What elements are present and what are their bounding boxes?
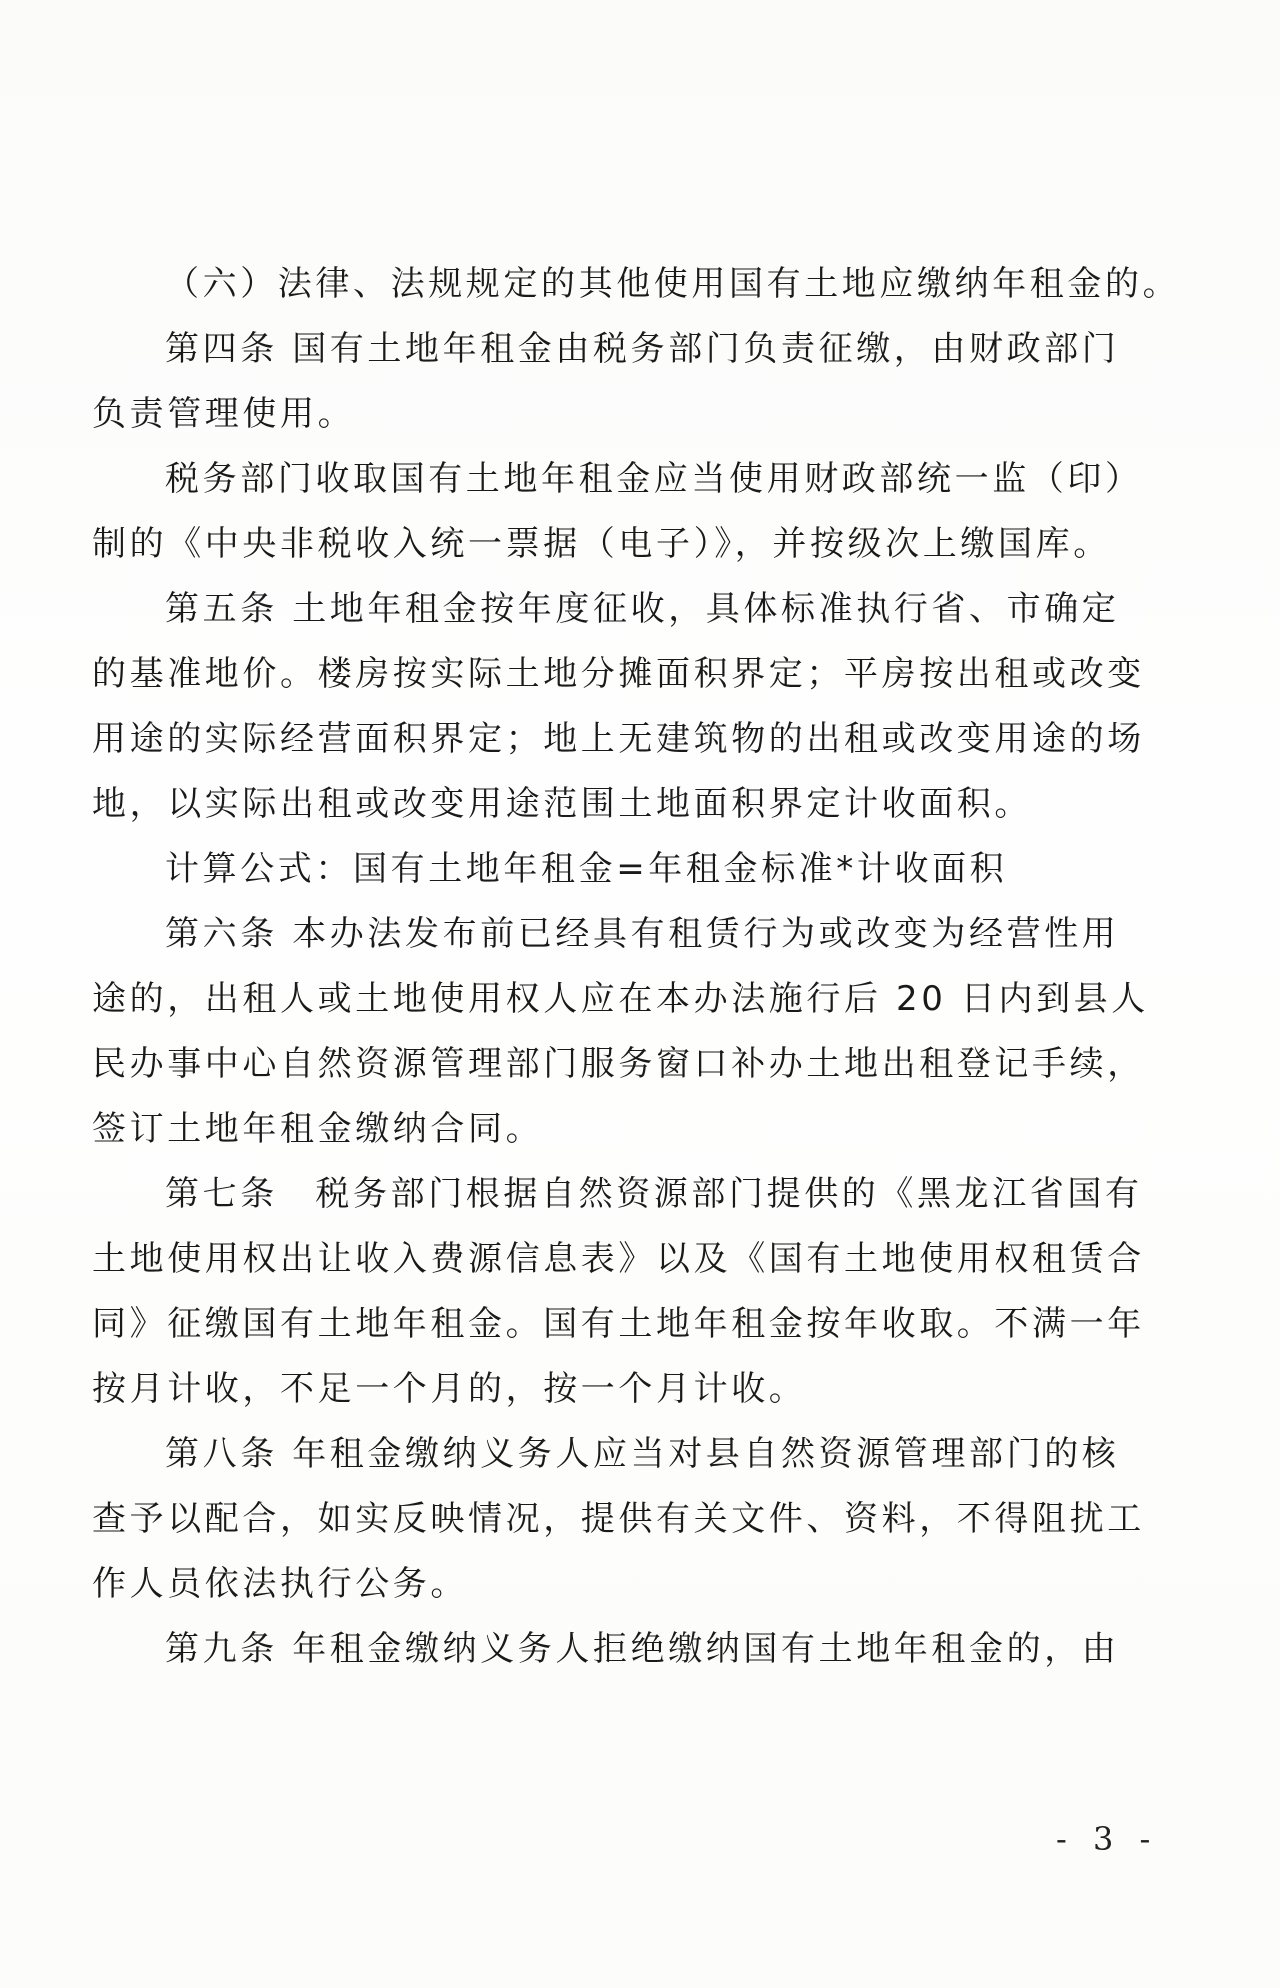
text-line: 第六条 本办法发布前已经具有租赁行为或改变为经营性用 bbox=[92, 902, 1118, 967]
text-line: 第四条 国有土地年租金由税务部门负责征缴，由财政部门 bbox=[92, 317, 1118, 382]
paragraph-article-6: 第六条 本办法发布前已经具有租赁行为或改变为经营性用 途的，出租人或土地使用权人… bbox=[92, 902, 1118, 1162]
paragraph-article-4: 第四条 国有土地年租金由税务部门负责征缴，由财政部门 负责管理使用。 bbox=[92, 317, 1118, 447]
text-line: 制的《中央非税收入统一票据（电子）》，并按级次上缴国库。 bbox=[92, 512, 1118, 577]
paragraph-item-6: （六）法律、法规规定的其他使用国有土地应缴纳年租金的。 bbox=[92, 252, 1118, 317]
paragraph-article-5: 第五条 土地年租金按年度征收，具体标准执行省、市确定 的基准地价。楼房按实际土地… bbox=[92, 577, 1118, 837]
text-line: 土地使用权出让收入费源信息表》以及《国有土地使用权租赁合 bbox=[92, 1227, 1118, 1292]
document-body: （六）法律、法规规定的其他使用国有土地应缴纳年租金的。 第四条 国有土地年租金由… bbox=[92, 252, 1118, 1682]
text-line: 的基准地价。楼房按实际土地分摊面积界定；平房按出租或改变 bbox=[92, 642, 1118, 707]
text-line: 签订土地年租金缴纳合同。 bbox=[92, 1097, 1118, 1162]
formula-line: 计算公式：国有土地年租金=年租金标准*计收面积 bbox=[92, 837, 1118, 902]
text-line: 同》征缴国有土地年租金。国有土地年租金按年收取。不满一年 bbox=[92, 1292, 1118, 1357]
text-line: 查予以配合，如实反映情况，提供有关文件、资料，不得阻扰工 bbox=[92, 1487, 1118, 1552]
paragraph-article-8: 第八条 年租金缴纳义务人应当对县自然资源管理部门的核 查予以配合，如实反映情况，… bbox=[92, 1422, 1118, 1617]
text-line: 第七条 税务部门根据自然资源部门提供的《黑龙江省国有 bbox=[92, 1162, 1118, 1227]
text-line: 第九条 年租金缴纳义务人拒绝缴纳国有土地年租金的，由 bbox=[92, 1617, 1118, 1682]
paragraph-formula: 计算公式：国有土地年租金=年租金标准*计收面积 bbox=[92, 837, 1118, 902]
text-line: 税务部门收取国有土地年租金应当使用财政部统一监（印） bbox=[92, 447, 1118, 512]
paragraph-article-4-para-2: 税务部门收取国有土地年租金应当使用财政部统一监（印） 制的《中央非税收入统一票据… bbox=[92, 447, 1118, 577]
page-number: - 3 - bbox=[1056, 1820, 1158, 1858]
text-line: 作人员依法执行公务。 bbox=[92, 1552, 1118, 1617]
document-page: （六）法律、法规规定的其他使用国有土地应缴纳年租金的。 第四条 国有土地年租金由… bbox=[0, 0, 1280, 1988]
text-line: 按月计收，不足一个月的，按一个月计收。 bbox=[92, 1357, 1118, 1422]
text-line: 地，以实际出租或改变用途范围土地面积界定计收面积。 bbox=[92, 772, 1118, 837]
paragraph-article-9: 第九条 年租金缴纳义务人拒绝缴纳国有土地年租金的，由 bbox=[92, 1617, 1118, 1682]
text-line: 民办事中心自然资源管理部门服务窗口补办土地出租登记手续， bbox=[92, 1032, 1118, 1097]
text-line: 第五条 土地年租金按年度征收，具体标准执行省、市确定 bbox=[92, 577, 1118, 642]
text-line: 用途的实际经营面积界定；地上无建筑物的出租或改变用途的场 bbox=[92, 707, 1118, 772]
text-line: 途的，出租人或土地使用权人应在本办法施行后 20 日内到县人 bbox=[92, 967, 1118, 1032]
text-line: （六）法律、法规规定的其他使用国有土地应缴纳年租金的。 bbox=[92, 252, 1118, 317]
paragraph-article-7: 第七条 税务部门根据自然资源部门提供的《黑龙江省国有 土地使用权出让收入费源信息… bbox=[92, 1162, 1118, 1422]
text-line: 第八条 年租金缴纳义务人应当对县自然资源管理部门的核 bbox=[92, 1422, 1118, 1487]
text-line: 负责管理使用。 bbox=[92, 382, 1118, 447]
